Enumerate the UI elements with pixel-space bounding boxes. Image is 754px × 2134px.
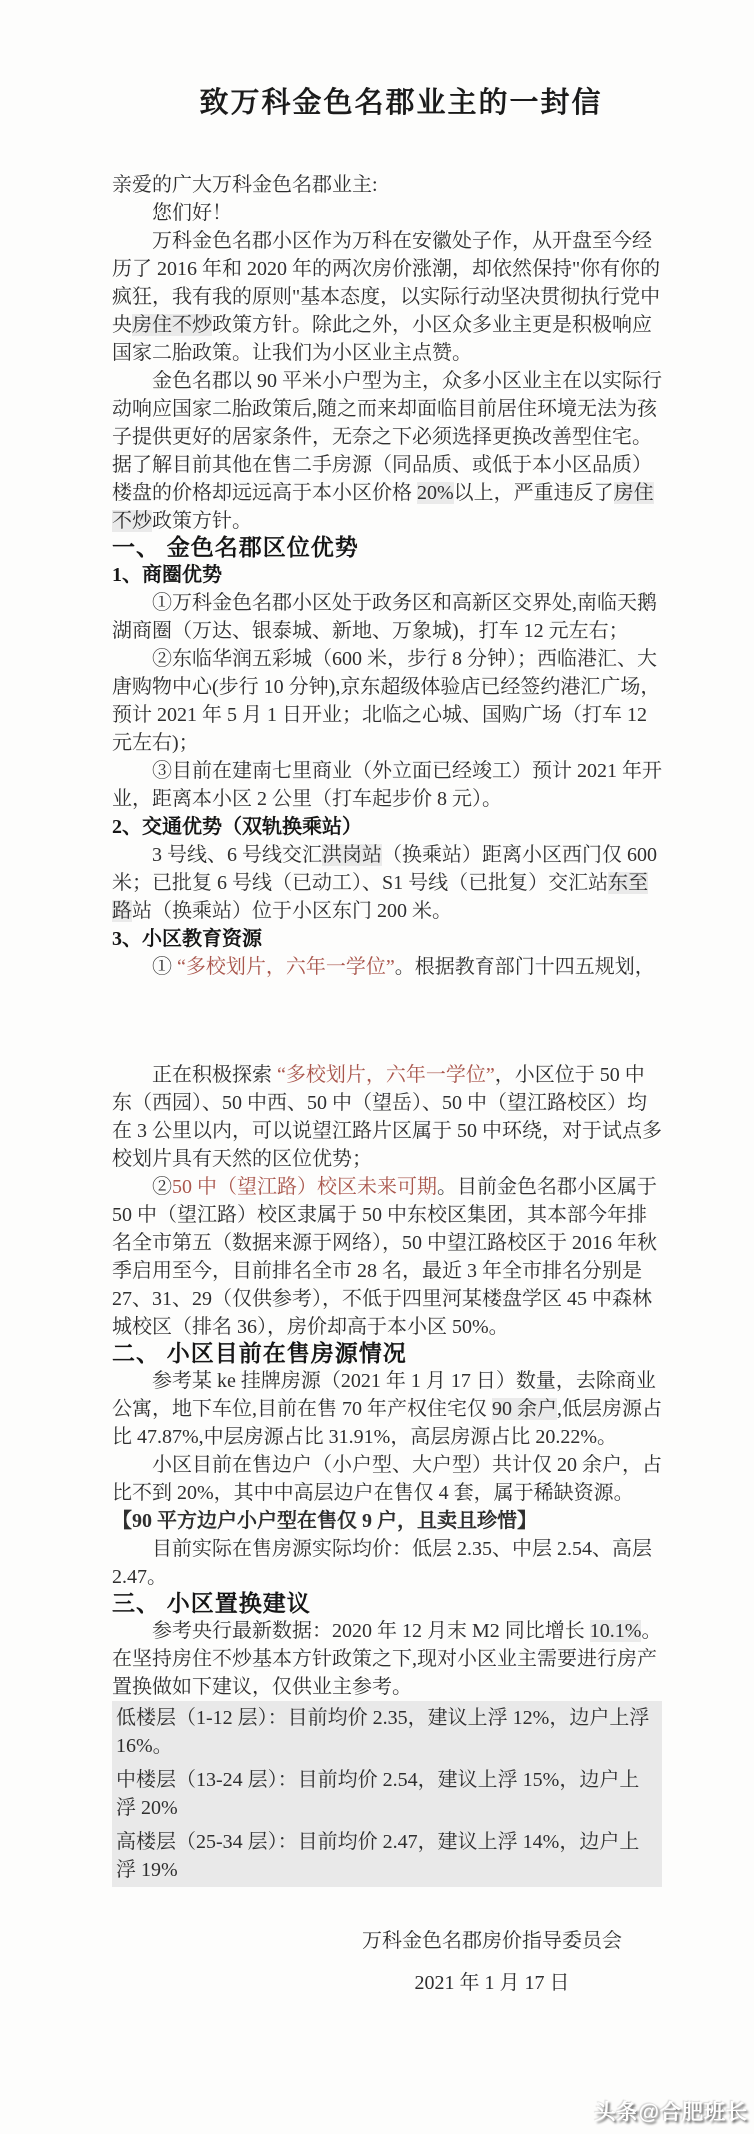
text-run: 2、交通优势（双轨换乘站） — [112, 816, 362, 838]
education-point-2: ②50 中（望江路）校区未来可期。目前金色名郡小区属于 50 中（望江路）校区隶… — [112, 1173, 662, 1341]
section-1-2-heading: 2、交通优势（双轨换乘站） — [112, 813, 662, 841]
document-title: 致万科金色名郡业主的一封信 — [140, 80, 662, 121]
text-run-shade: 洪岗站 — [322, 844, 382, 866]
text-run: 您们好！ — [152, 202, 232, 224]
text-run: 一、 金色名郡区位优势 — [112, 535, 359, 560]
text-run: 参考央行最新数据：2020 年 12 月末 M2 同比增长 — [152, 1620, 590, 1642]
suggestion-row-high: 高楼层（25-34 层）：目前均价 2.47，建议上浮 14%，边户上浮 19% — [112, 1825, 662, 1887]
text-run: 。根据教育部门十四五规划， — [395, 956, 655, 978]
text-run: 3、小区教育资源 — [112, 928, 262, 950]
text-run: 以上，严重违反了 — [454, 482, 614, 504]
section-3-heading: 三、 小区置换建议 — [112, 1591, 662, 1617]
text-run: 中楼层（13-24 层）：目前均价 2.54，建议上浮 15%，边户上浮 20% — [116, 1769, 639, 1819]
transport-paragraph: 3 号线、6 号线交汇洪岗站（换乘站）距离小区西门仅 600 米；已批复 6 号… — [112, 841, 662, 925]
section-1-3-heading: 3、小区教育资源 — [112, 925, 662, 953]
text-run: 低楼层（1-12 层）：目前均价 2.35，建议上浮 12%，边户上浮 16%。 — [116, 1707, 649, 1757]
text-run-red: “多校划片，六年一学位” — [177, 956, 395, 978]
text-run: ①万科金色名郡小区处于政务区和高新区交界处,南临天鹅湖商圈（万达、银泰城、新地、… — [112, 592, 657, 642]
text-run-red: 50 中（望江路）校区未来可期 — [172, 1176, 437, 1198]
signature-date: 2021 年 1 月 17 日 — [322, 1969, 662, 1997]
education-point-1-continued: 正在积极探索 “多校划片，六年一学位”，小区位于 50 中东（西园）、50 中西… — [112, 1061, 662, 1173]
suggestion-intro: 参考央行最新数据：2020 年 12 月末 M2 同比增长 10.1%。在坚持房… — [112, 1617, 662, 1701]
text-run: 高楼层（25-34 层）：目前均价 2.47，建议上浮 14%，边户上浮 19% — [116, 1831, 639, 1881]
section-2-heading: 二、 小区目前在售房源情况 — [112, 1341, 662, 1367]
text-run-shade: 10.1% — [590, 1620, 642, 1642]
text-run-red: “多校划片，六年一学位” — [277, 1064, 495, 1086]
intro-paragraph-2: 金色名郡以 90 平米小户型为主，众多小区业主在以实际行动响应国家二胎政策后,随… — [112, 367, 662, 535]
watermark: 头条@合肥班长 — [595, 2096, 748, 2126]
text-run-bold: 【90 平方边户小户型在售仅 9 户，且卖且珍惜】 — [112, 1510, 537, 1532]
text-run: 二、 小区目前在售房源情况 — [112, 1341, 407, 1366]
text-run: 政策方针。 — [152, 510, 252, 532]
signature-committee: 万科金色名郡房价指导委员会 — [322, 1927, 662, 1955]
text-run: ① — [152, 956, 177, 978]
greeting-line: 您们好！ — [112, 199, 662, 227]
text-run: ② — [152, 1176, 172, 1198]
text-run: 1、商圈优势 — [112, 564, 222, 586]
listing-paragraph-1: 参考某 ke 挂牌房源（2021 年 1 月 17 日）数量，去除商业公寓，地下… — [112, 1367, 662, 1451]
text-run: 。目前金色名郡小区属于 50 中（望江路）校区隶属于 50 中东校区集团，其本部… — [112, 1176, 657, 1338]
text-run: 小区目前在售边户（小户型、大户型）共计仅 20 余户，占比不到 20%，其中中高… — [112, 1454, 662, 1504]
section-1-1-heading: 1、商圈优势 — [112, 561, 662, 589]
intro-paragraph-1: 万科金色名郡小区作为万科在安徽处子作，从开盘至今经历了 2016 年和 2020… — [112, 227, 662, 367]
listing-paragraph-2: 小区目前在售边户（小户型、大户型）共计仅 20 余户，占比不到 20%，其中中高… — [112, 1451, 662, 1535]
business-point-3: ③目前在建南七里商业（外立面已经竣工）预计 2021 年开业，距离本小区 2 公… — [112, 757, 662, 813]
listing-paragraph-3: 目前实际在售房源实际均价：低层 2.35、中层 2.54、高层 2.47。 — [112, 1535, 662, 1591]
document-page: 致万科金色名郡业主的一封信 亲爱的广大万科金色名郡业主:您们好！万科金色名郡小区… — [0, 0, 754, 2134]
text-run: 亲爱的广大万科金色名郡业主: — [112, 174, 378, 196]
text-run: ②东临华润五彩城（600 米，步行 8 分钟）；西临港汇、大唐购物中心(步行 1… — [112, 648, 660, 754]
text-run: 目前实际在售房源实际均价：低层 2.35、中层 2.54、高层 2.47。 — [112, 1538, 652, 1588]
document-content: 致万科金色名郡业主的一封信 亲爱的广大万科金色名郡业主:您们好！万科金色名郡小区… — [0, 0, 754, 1997]
section-1-heading: 一、 金色名郡区位优势 — [112, 535, 662, 561]
education-point-1-start: ① “多校划片，六年一学位”。根据教育部门十四五规划， — [112, 953, 662, 981]
text-run: 正在积极探索 — [152, 1064, 277, 1086]
text-run: ③目前在建南七里商业（外立面已经竣工）预计 2021 年开业，距离本小区 2 公… — [112, 760, 662, 810]
text-run: 3 号线、6 号线交汇 — [152, 844, 322, 866]
text-run: 站（换乘站）位于小区东门 200 米。 — [132, 900, 452, 922]
signature-block: 万科金色名郡房价指导委员会 2021 年 1 月 17 日 — [322, 1927, 662, 1997]
text-run-shade: 20% — [417, 482, 454, 504]
page-break-gap — [112, 981, 662, 1061]
text-run-shade: 90 余户 — [492, 1398, 557, 1420]
document-body: 亲爱的广大万科金色名郡业主:您们好！万科金色名郡小区作为万科在安徽处子作，从开盘… — [112, 171, 662, 1887]
text-run: 三、 小区置换建议 — [112, 1591, 311, 1616]
business-point-1: ①万科金色名郡小区处于政务区和高新区交界处,南临天鹅湖商圈（万达、银泰城、新地、… — [112, 589, 662, 645]
suggestion-row-mid: 中楼层（13-24 层）：目前均价 2.54，建议上浮 15%，边户上浮 20% — [112, 1763, 662, 1825]
text-run-shade: 房住不炒 — [132, 314, 212, 336]
suggestion-row-low: 低楼层（1-12 层）：目前均价 2.35，建议上浮 12%，边户上浮 16%。 — [112, 1701, 662, 1763]
salutation-line: 亲爱的广大万科金色名郡业主: — [112, 171, 662, 199]
business-point-2: ②东临华润五彩城（600 米，步行 8 分钟）；西临港汇、大唐购物中心(步行 1… — [112, 645, 662, 757]
